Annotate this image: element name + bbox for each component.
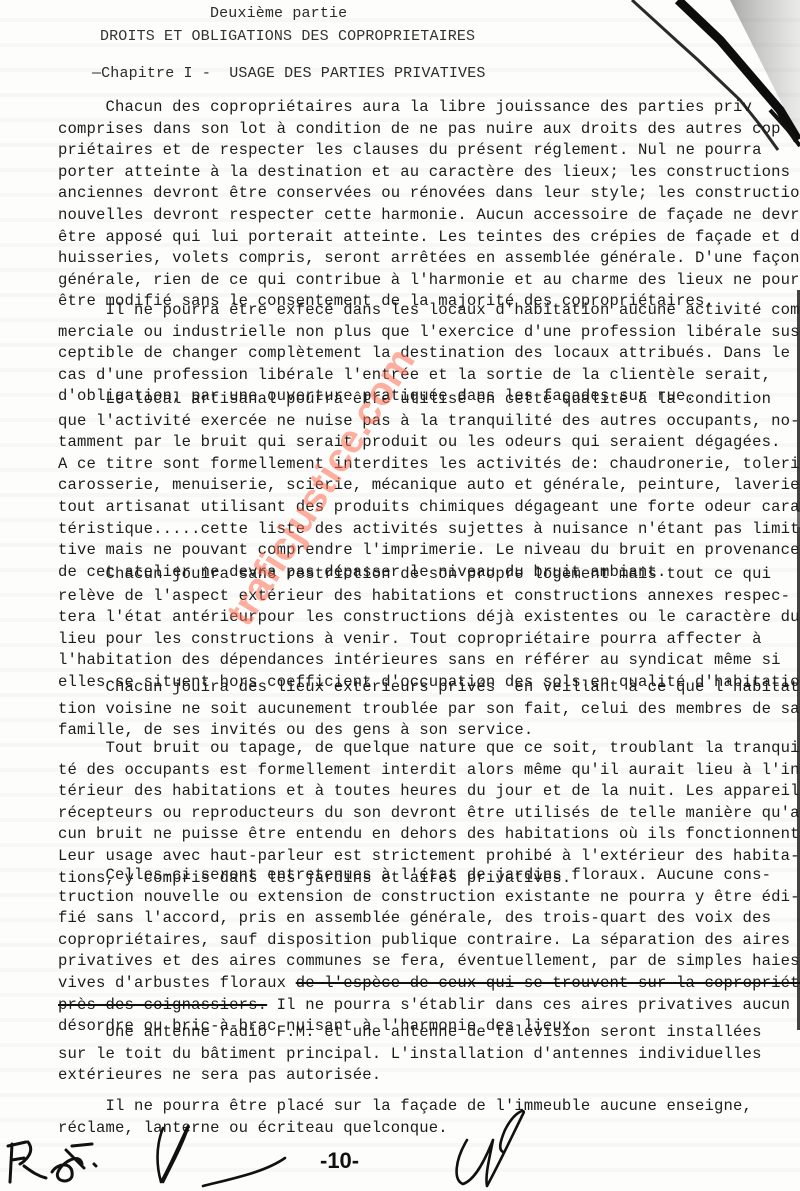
text-line: fié sans l'accord, pris en assemblée gén… <box>58 911 771 927</box>
text-line: té des occupants est formellement interd… <box>58 763 800 779</box>
text-line: merciale ou industrielle non plus que l'… <box>58 325 800 341</box>
text-line: cun bruit ne puisse être entendu en deho… <box>58 827 800 843</box>
text-line: A ce titre sont formellement interdites … <box>58 457 800 473</box>
text-line: téristique.....cette liste des activités… <box>58 522 800 538</box>
chapter-title: —Chapitre I - USAGE DES PARTIES PRIVATIV… <box>92 66 486 81</box>
part-title: Deuxième partie <box>210 6 347 21</box>
text-line: carosserie, menuiserie, scierie, mécaniq… <box>58 478 800 494</box>
text-line: Celles-ci seront entretenues à l'état de… <box>58 868 771 884</box>
text-line: porter atteinte à la destination et au c… <box>58 165 790 181</box>
text-line: générale, rien de ce qui contribue à l'h… <box>58 273 800 289</box>
text-line: relève de l'aspect extérieur des habitat… <box>58 589 790 605</box>
text-line: Il ne pourra être placé sur la façade de… <box>58 1099 752 1115</box>
struck-text: de l'espèce de ceux qui se trouvent sur … <box>296 974 800 992</box>
text-line: huisseries, volets compris, seront arrêt… <box>58 251 800 267</box>
text-line: tion voisine ne soit aucunement troublée… <box>58 702 800 718</box>
text-line: privatives et des aires communes se fera… <box>58 954 800 970</box>
text-line: Chacun des copropriétaires aura la libre… <box>58 100 752 116</box>
text-line: réclame, lanterne ou écriteau quelconque… <box>58 1121 448 1137</box>
text-line: Il ne pourra être exfecé dans les locaux… <box>58 303 800 319</box>
text-line: copropriétaires, sauf disposition publiq… <box>58 933 790 949</box>
text-segment: Il ne pourra s'établir dans ces aires pr… <box>267 996 790 1014</box>
text-line: récepteurs ou reproducteurs du son devro… <box>58 806 800 822</box>
text-line: tera l'état antérieurpour les constructi… <box>58 610 800 626</box>
text-line: priétaires et de respecter les clauses d… <box>58 143 762 159</box>
text-line: que l'activité exercée ne nuise pas à la… <box>58 414 800 430</box>
text-segment: vives d'arbustes floraux <box>58 974 296 992</box>
text-line: l'habitation des dépendances intérieures… <box>58 653 781 669</box>
text-line: truction nouvelle ou extension de constr… <box>58 890 800 906</box>
scanned-page: Deuxième partie DROITS ET OBLIGATIONS DE… <box>0 0 800 1191</box>
text-line: Une antenne radio F.M. et une antenne de… <box>58 1025 762 1041</box>
struck-text: près des coignassiers. <box>58 996 267 1014</box>
initials-1 <box>2 1132 102 1191</box>
text-line: ceptible de changer complètement la dest… <box>58 346 790 362</box>
text-line: tive mais ne pouvant comprendre l'imprim… <box>58 543 800 559</box>
text-line-with-strikethrough: près des coignassiers. Il ne pourra s'ét… <box>58 998 790 1014</box>
text-line: lieu pour les constructions à venir. Tou… <box>58 632 762 648</box>
text-line: Leur usage avec haut-parleur est stricte… <box>58 849 800 865</box>
text-line: famille, de ses invités ou des gens à so… <box>58 723 533 739</box>
text-line: Tout bruit ou tapage, de quelque nature … <box>58 741 800 757</box>
text-line: anciennes devront être conservées ou rén… <box>58 186 800 202</box>
text-line: Chacun jouira sans restriction de son pr… <box>58 567 771 583</box>
page-number: -10- <box>320 1148 359 1174</box>
text-line: Chacun jouira des lieux extérieurs privé… <box>58 680 800 696</box>
text-line: nouvelles devront respecter cette harmon… <box>58 208 800 224</box>
text-line: tout artisanat utilisant des produits ch… <box>58 500 800 516</box>
text-line: térieur des habitations et à toutes heur… <box>58 784 800 800</box>
text-line: tamment par le bruit qui serait produit … <box>58 435 781 451</box>
text-line: sur le toit du bâtiment principal. L'ins… <box>58 1047 762 1063</box>
section-title: DROITS ET OBLIGATIONS DES COPROPRIETAIRE… <box>100 29 475 44</box>
text-line: cas d'une profession libérale l'entrée e… <box>58 368 771 384</box>
text-line: Le local artisanal pourra être utilisé e… <box>58 392 771 408</box>
text-line-with-strikethrough: vives d'arbustes floraux de l'espèce de … <box>58 976 800 992</box>
text-line: extérieures ne sera pas autorisée. <box>58 1068 381 1084</box>
text-line: comprises dans son lot à condition de ne… <box>58 122 781 138</box>
text-line: être apposé qui lui porterait atteinte. … <box>58 230 800 246</box>
